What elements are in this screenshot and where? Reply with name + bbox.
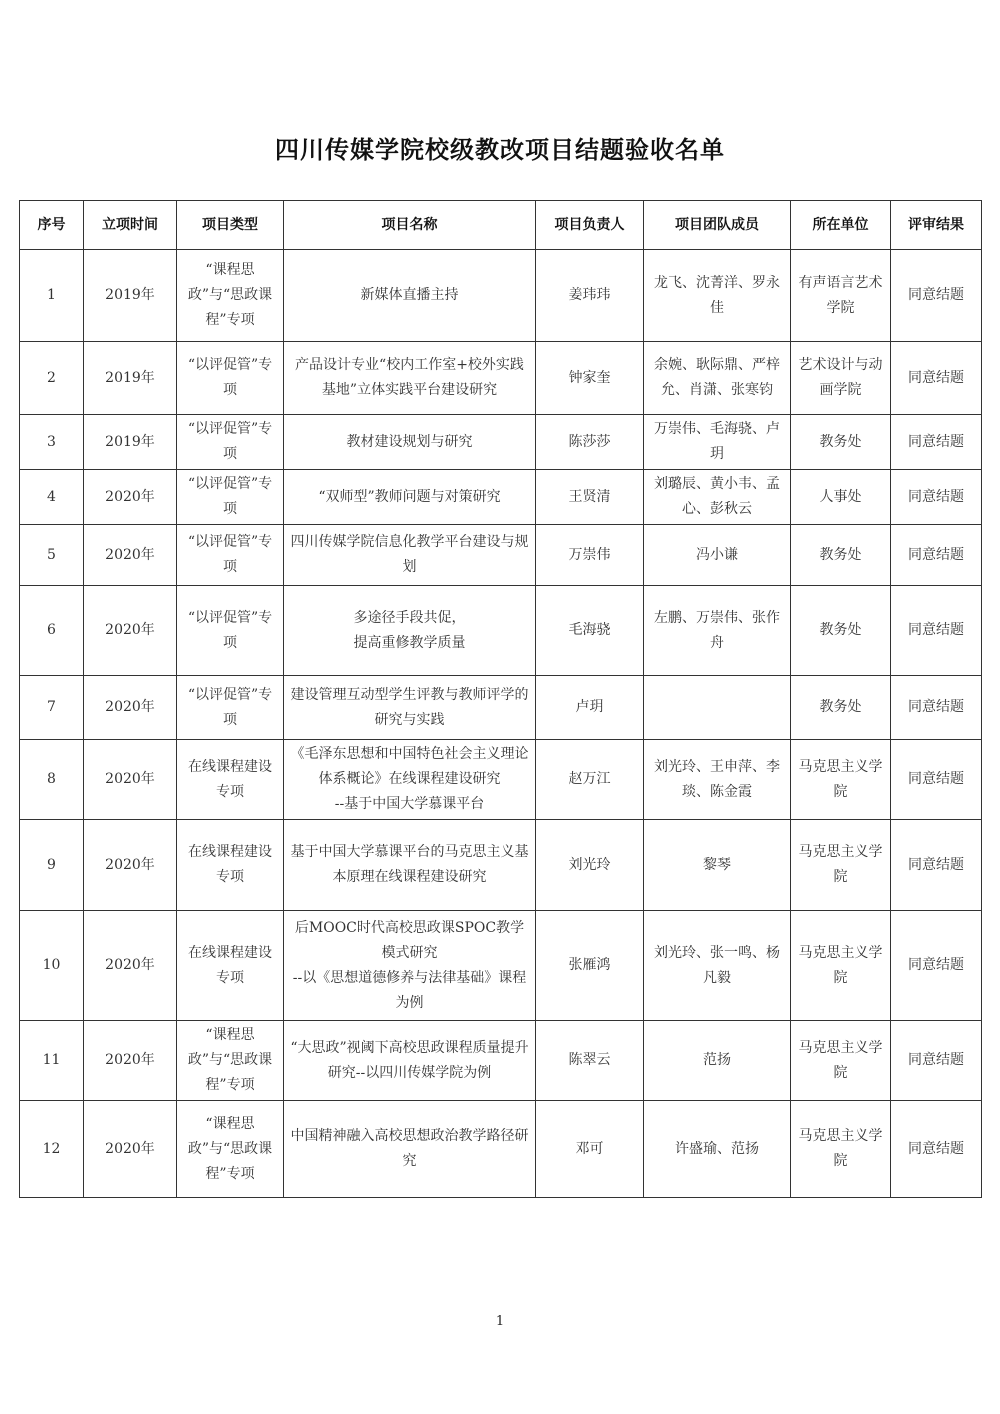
cell-leader: 姜玮玮 (536, 250, 644, 342)
table-row: 32019年“以评促管”专项教材建设规划与研究陈莎莎万崇伟、毛海骁、卢玥教务处同… (20, 415, 982, 470)
cell-type: “以评促管”专项 (177, 525, 284, 586)
cell-unit: 人事处 (791, 470, 891, 525)
cell-unit: 教务处 (791, 525, 891, 586)
cell-leader: 钟家奎 (536, 342, 644, 415)
table-row: 112020年“课程思政”与“思政课程”专项“大思政”视阈下高校思政课程质量提升… (20, 1021, 982, 1101)
cell-result: 同意结题 (891, 470, 982, 525)
cell-type: “以评促管”专项 (177, 676, 284, 740)
table-row: 42020年“以评促管”专项“双师型”教师问题与对策研究王贤清刘璐辰、黄小韦、孟… (20, 470, 982, 525)
cell-leader: 卢玥 (536, 676, 644, 740)
cell-unit: 马克思主义学院 (791, 1021, 891, 1101)
cell-no: 10 (20, 911, 84, 1021)
cell-members: 冯小谦 (644, 525, 791, 586)
cell-year: 2019年 (84, 342, 177, 415)
cell-members: 刘光玲、王申萍、李琰、陈金霞 (644, 740, 791, 820)
cell-leader: 万崇伟 (536, 525, 644, 586)
cell-project-name: “大思政”视阈下高校思政课程质量提升研究--以四川传媒学院为例 (284, 1021, 536, 1101)
cell-unit: 马克思主义学院 (791, 820, 891, 911)
cell-year: 2019年 (84, 250, 177, 342)
cell-result: 同意结题 (891, 820, 982, 911)
table-row: 92020年在线课程建设专项基于中国大学慕课平台的马克思主义基本原理在线课程建设… (20, 820, 982, 911)
cell-type: “课程思政”与“思政课程”专项 (177, 1021, 284, 1101)
cell-unit: 马克思主义学院 (791, 911, 891, 1021)
cell-members: 余婉、耿际鼎、严梓允、肖潇、张寒钧 (644, 342, 791, 415)
cell-leader: 赵万江 (536, 740, 644, 820)
cell-type: “以评促管”专项 (177, 470, 284, 525)
table-row: 82020年在线课程建设专项《毛泽东思想和中国特色社会主义理论体系概论》在线课程… (20, 740, 982, 820)
cell-unit: 马克思主义学院 (791, 1101, 891, 1198)
cell-leader: 陈莎莎 (536, 415, 644, 470)
cell-type: 在线课程建设专项 (177, 820, 284, 911)
header-unit: 所在单位 (791, 201, 891, 250)
cell-no: 12 (20, 1101, 84, 1198)
cell-project-name: 后MOOC时代高校思政课SPOC教学模式研究--以《思想道德修养与法律基础》课程… (284, 911, 536, 1021)
cell-members: 刘璐辰、黄小韦、孟心、彭秋云 (644, 470, 791, 525)
table-row: 12019年“课程思政”与“思政课程”专项新媒体直播主持姜玮玮龙飞、沈菁洋、罗永… (20, 250, 982, 342)
cell-leader: 王贤清 (536, 470, 644, 525)
cell-result: 同意结题 (891, 250, 982, 342)
cell-year: 2020年 (84, 470, 177, 525)
table-header-row: 序号 立项时间 项目类型 项目名称 项目负责人 项目团队成员 所在单位 评审结果 (20, 201, 982, 250)
cell-result: 同意结题 (891, 1101, 982, 1198)
cell-type: “以评促管”专项 (177, 415, 284, 470)
cell-type: “以评促管”专项 (177, 586, 284, 676)
cell-type: 在线课程建设专项 (177, 740, 284, 820)
cell-result: 同意结题 (891, 342, 982, 415)
cell-project-name: 多途径手段共促，提高重修教学质量 (284, 586, 536, 676)
header-year: 立项时间 (84, 201, 177, 250)
header-name: 项目名称 (284, 201, 536, 250)
cell-leader: 毛海骁 (536, 586, 644, 676)
cell-year: 2020年 (84, 676, 177, 740)
cell-project-name: “双师型”教师问题与对策研究 (284, 470, 536, 525)
cell-leader: 邓可 (536, 1101, 644, 1198)
project-acceptance-table: 序号 立项时间 项目类型 项目名称 项目负责人 项目团队成员 所在单位 评审结果… (19, 200, 982, 1198)
cell-unit: 教务处 (791, 415, 891, 470)
cell-project-name: 教材建设规划与研究 (284, 415, 536, 470)
cell-unit: 有声语言艺术学院 (791, 250, 891, 342)
cell-unit: 教务处 (791, 586, 891, 676)
cell-leader: 刘光玲 (536, 820, 644, 911)
cell-year: 2020年 (84, 911, 177, 1021)
cell-no: 11 (20, 1021, 84, 1101)
cell-year: 2020年 (84, 740, 177, 820)
cell-unit: 艺术设计与动画学院 (791, 342, 891, 415)
cell-members: 刘光玲、张一鸣、杨凡毅 (644, 911, 791, 1021)
cell-members (644, 676, 791, 740)
table-row: 52020年“以评促管”专项四川传媒学院信息化教学平台建设与规划万崇伟冯小谦教务… (20, 525, 982, 586)
cell-year: 2019年 (84, 415, 177, 470)
table-row: 62020年“以评促管”专项多途径手段共促，提高重修教学质量毛海骁左鹏、万崇伟、… (20, 586, 982, 676)
cell-type: 在线课程建设专项 (177, 911, 284, 1021)
cell-year: 2020年 (84, 525, 177, 586)
cell-no: 5 (20, 525, 84, 586)
cell-project-name: 建设管理互动型学生评教与教师评学的研究与实践 (284, 676, 536, 740)
cell-type: “课程思政”与“思政课程”专项 (177, 1101, 284, 1198)
cell-leader: 陈翠云 (536, 1021, 644, 1101)
table-body: 12019年“课程思政”与“思政课程”专项新媒体直播主持姜玮玮龙飞、沈菁洋、罗永… (20, 250, 982, 1198)
cell-project-name: 新媒体直播主持 (284, 250, 536, 342)
cell-no: 1 (20, 250, 84, 342)
cell-no: 3 (20, 415, 84, 470)
cell-type: “以评促管”专项 (177, 342, 284, 415)
header-no: 序号 (20, 201, 84, 250)
cell-unit: 教务处 (791, 676, 891, 740)
cell-year: 2020年 (84, 1021, 177, 1101)
cell-project-name: 产品设计专业“校内工作室+校外实践基地”立体实践平台建设研究 (284, 342, 536, 415)
cell-result: 同意结题 (891, 586, 982, 676)
cell-year: 2020年 (84, 586, 177, 676)
table-row: 72020年“以评促管”专项建设管理互动型学生评教与教师评学的研究与实践卢玥教务… (20, 676, 982, 740)
table-row: 122020年“课程思政”与“思政课程”专项中国精神融入高校思想政治教学路径研究… (20, 1101, 982, 1198)
header-members: 项目团队成员 (644, 201, 791, 250)
cell-members: 左鹏、万崇伟、张作舟 (644, 586, 791, 676)
page-number: 1 (0, 1314, 1000, 1329)
cell-members: 万崇伟、毛海骁、卢玥 (644, 415, 791, 470)
table-row: 102020年在线课程建设专项后MOOC时代高校思政课SPOC教学模式研究--以… (20, 911, 982, 1021)
cell-leader: 张雁鸿 (536, 911, 644, 1021)
cell-members: 龙飞、沈菁洋、罗永佳 (644, 250, 791, 342)
cell-no: 2 (20, 342, 84, 415)
cell-members: 范扬 (644, 1021, 791, 1101)
cell-type: “课程思政”与“思政课程”专项 (177, 250, 284, 342)
header-result: 评审结果 (891, 201, 982, 250)
cell-no: 8 (20, 740, 84, 820)
cell-result: 同意结题 (891, 911, 982, 1021)
header-type: 项目类型 (177, 201, 284, 250)
cell-year: 2020年 (84, 1101, 177, 1198)
cell-no: 9 (20, 820, 84, 911)
cell-no: 4 (20, 470, 84, 525)
table-row: 22019年“以评促管”专项产品设计专业“校内工作室+校外实践基地”立体实践平台… (20, 342, 982, 415)
cell-project-name: 中国精神融入高校思想政治教学路径研究 (284, 1101, 536, 1198)
cell-project-name: 四川传媒学院信息化教学平台建设与规划 (284, 525, 536, 586)
cell-members: 许盛瑜、范扬 (644, 1101, 791, 1198)
cell-result: 同意结题 (891, 415, 982, 470)
cell-result: 同意结题 (891, 740, 982, 820)
cell-no: 6 (20, 586, 84, 676)
cell-project-name: 基于中国大学慕课平台的马克思主义基本原理在线课程建设研究 (284, 820, 536, 911)
cell-project-name: 《毛泽东思想和中国特色社会主义理论体系概论》在线课程建设研究--基于中国大学慕课… (284, 740, 536, 820)
page-title: 四川传媒学院校级教改项目结题验收名单 (0, 130, 1000, 165)
cell-unit: 马克思主义学院 (791, 740, 891, 820)
cell-members: 黎琴 (644, 820, 791, 911)
cell-result: 同意结题 (891, 525, 982, 586)
header-leader: 项目负责人 (536, 201, 644, 250)
cell-year: 2020年 (84, 820, 177, 911)
cell-result: 同意结题 (891, 676, 982, 740)
cell-no: 7 (20, 676, 84, 740)
cell-result: 同意结题 (891, 1021, 982, 1101)
